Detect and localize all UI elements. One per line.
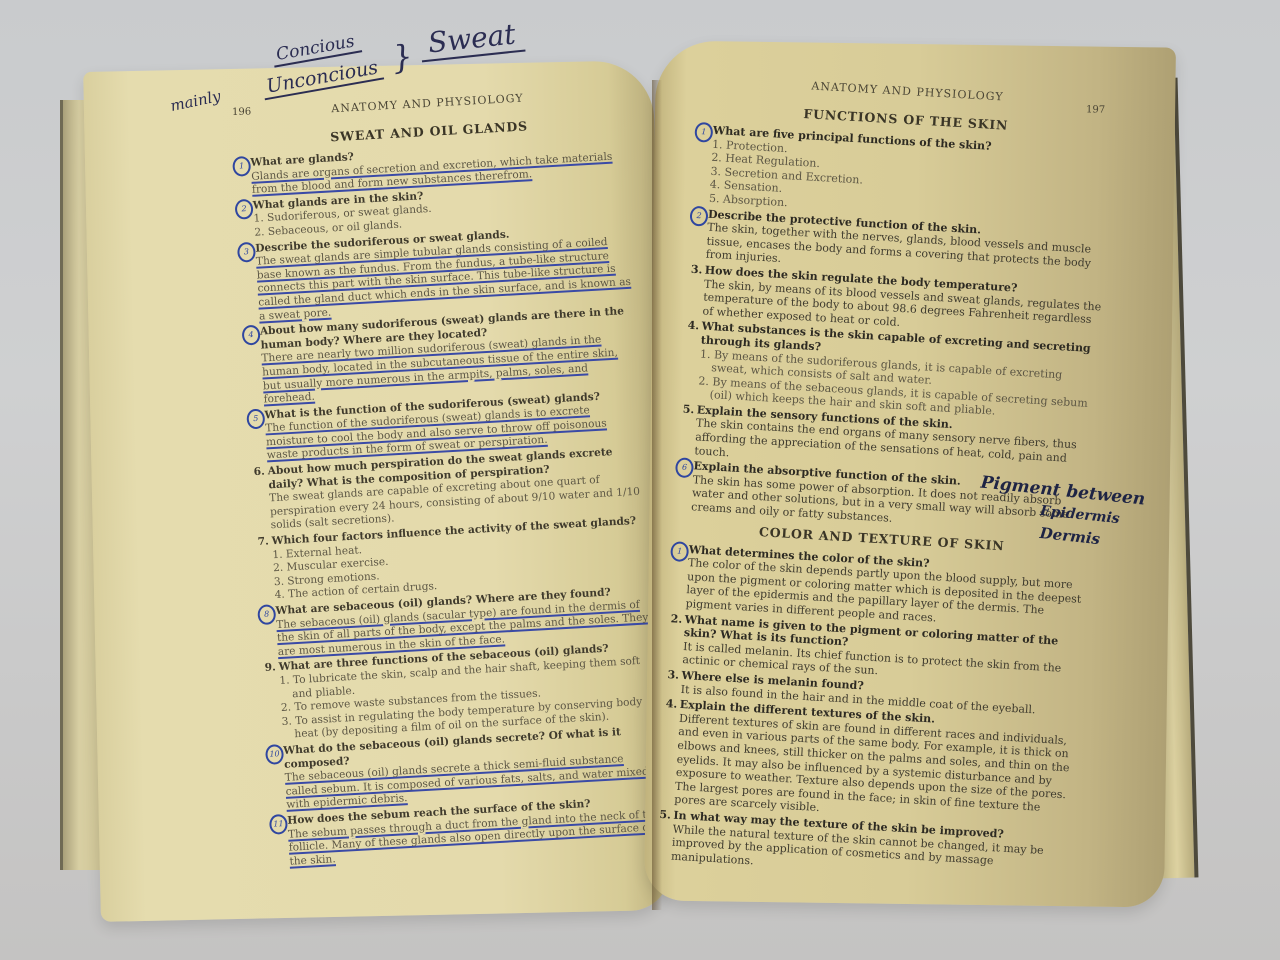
left-page: 196 ANATOMY AND PHYSIOLOGY SWEAT AND OIL… <box>83 60 671 922</box>
question-number: 9. <box>264 661 279 675</box>
spine-shadow <box>652 80 662 910</box>
question-number: 2. <box>670 612 685 626</box>
question-number: 3. <box>667 668 682 682</box>
open-book: 196 ANATOMY AND PHYSIOLOGY SWEAT AND OIL… <box>0 0 1280 960</box>
question-number: 4. <box>687 319 702 333</box>
handwritten-sweat: Sweat <box>418 17 525 63</box>
left-page-content: ANATOMY AND PHYSIOLOGY SWEAT AND OIL GLA… <box>83 60 671 921</box>
handwritten-brace: } <box>389 37 414 77</box>
question-item: 4.Explain the different textures of the … <box>660 697 1078 829</box>
left-question-list: 1What are glands?Glands are organs of se… <box>236 136 663 870</box>
right-page-content: ANATOMY AND PHYSIOLOGY FUNCTIONS OF THE … <box>644 40 1175 907</box>
right-page: 197 ANATOMY AND PHYSIOLOGY FUNCTIONS OF … <box>644 40 1176 907</box>
question-number: 4. <box>665 697 680 711</box>
question-number: 5. <box>682 402 697 416</box>
question-number: 3. <box>691 263 706 277</box>
right-question-list-functions: 1What are five principal functions of th… <box>677 123 1111 537</box>
question-number: 6. <box>253 465 268 479</box>
question-number: 7. <box>257 535 272 549</box>
right-question-list-color-texture: 1What determines the color of the skin?T… <box>657 542 1087 886</box>
